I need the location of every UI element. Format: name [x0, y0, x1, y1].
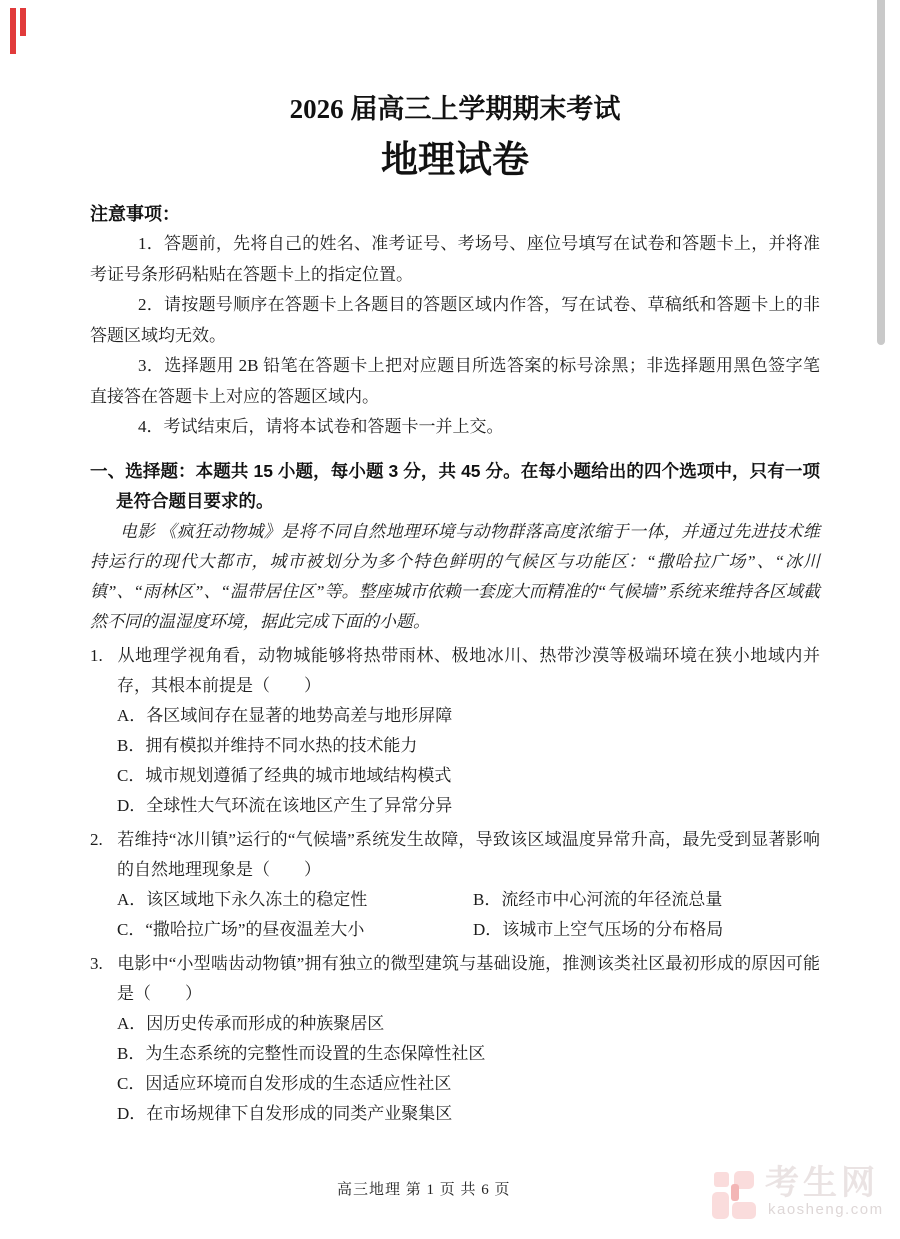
logo-block: [712, 1192, 729, 1219]
exam-paper-page: 2026 届高三上学期期末考试 地理试卷 注意事项： 1．答题前，先将自己的姓名…: [0, 0, 900, 1239]
question-number: 2.: [90, 825, 117, 855]
question-2: 2.若维持“冰川镇”运行的“气候墙”系统发生故障，导致该区域温度异常升高，最先受…: [90, 825, 820, 945]
section-heading: 一、选择题：本题共 15 小题，每小题 3 分，共 45 分。在每小题给出的四个…: [90, 456, 820, 517]
section-text: 本题共 15 小题，每小题 3 分，共 45 分。在每小题给出的四个选项中，只有…: [116, 461, 820, 512]
notice-item-4: 4．考试结束后，请将本试卷和答题卡一并上交。: [90, 412, 820, 443]
notice-item-3: 3．选择题用 2B 铅笔在答题卡上把对应题目所选答案的标号涂黑；非选择题用黑色签…: [90, 351, 820, 412]
option-d: D．该城市上空气压场的分布格局: [473, 915, 820, 945]
option-a: A．因历史传承而形成的种族聚居区: [117, 1009, 820, 1039]
logo-block: [732, 1202, 756, 1219]
notice-item-number: 3．: [138, 356, 164, 375]
question-3: 3.电影中“小型啮齿动物镇”拥有独立的微型建筑与基础设施，推测该类社区最初形成的…: [90, 949, 820, 1129]
question-stem-text: 若维持“冰川镇”运行的“气候墙”系统发生故障，导致该区域温度异常升高，最先受到显…: [117, 830, 820, 879]
option-b: B．拥有模拟并维持不同水热的技术能力: [117, 731, 820, 761]
notice-item-1: 1．答题前，先将自己的姓名、准考证号、考场号、座位号填写在试卷和答题卡上，并将准…: [90, 229, 820, 290]
option-c: C．因适应环境而自发形成的生态适应性社区: [117, 1069, 820, 1099]
question-stem: 2.若维持“冰川镇”运行的“气候墙”系统发生故障，导致该区域温度异常升高，最先受…: [90, 825, 820, 885]
question-stem-text: 电影中“小型啮齿动物镇”拥有独立的微型建筑与基础设施，推测该类社区最初形成的原因…: [117, 954, 820, 1003]
option-d: D．全球性大气环流在该地区产生了异常分异: [117, 791, 820, 821]
option-a: A．各区域间存在显著的地势高差与地形屏障: [117, 701, 820, 731]
option-c: C．“撒哈拉广场”的昼夜温差大小: [117, 915, 473, 945]
stimulus-passage: 电影 《疯狂动物城》是将不同自然地理环境与动物群落高度浓缩于一体，并通过先进技术…: [90, 517, 820, 637]
watermark-site-domain: kaosheng.com: [768, 1201, 884, 1218]
option-c: C．城市规划遵循了经典的城市地域结构模式: [117, 761, 820, 791]
options-list: A．因历史传承而形成的种族聚居区 B．为生态系统的完整性而设置的生态保障性社区 …: [117, 1009, 820, 1129]
subject-title: 地理试卷: [90, 139, 820, 183]
document-body: 2026 届高三上学期期末考试 地理试卷 注意事项： 1．答题前，先将自己的姓名…: [90, 0, 820, 1129]
notice-item-number: 2．: [138, 295, 164, 314]
notice-item-2: 2．请按题号顺序在答题卡上各题目的答题区域内作答，写在试卷、草稿纸和答题卡上的非…: [90, 290, 820, 351]
question-1: 1.从地理学视角看，动物城能够将热带雨林、极地冰川、热带沙漠等极端环境在狭小地域…: [90, 641, 820, 821]
question-stem: 1.从地理学视角看，动物城能够将热带雨林、极地冰川、热带沙漠等极端环境在狭小地域…: [90, 641, 820, 701]
notice-item-number: 4．: [138, 417, 164, 436]
question-stem: 3.电影中“小型啮齿动物镇”拥有独立的微型建筑与基础设施，推测该类社区最初形成的…: [90, 949, 820, 1009]
corner-red-mark: [10, 8, 16, 54]
exam-title: 2026 届高三上学期期末考试: [90, 92, 820, 126]
option-a: A．该区域地下永久冻土的稳定性: [117, 885, 473, 915]
option-b: B．流经市中心河流的年径流总量: [473, 885, 820, 915]
notice-item-text: 请按题号顺序在答题卡上各题目的答题区域内作答，写在试卷、草稿纸和答题卡上的非答题…: [90, 295, 820, 345]
scrollbar-thumb[interactable]: [877, 0, 885, 345]
option-b: B．为生态系统的完整性而设置的生态保障性社区: [117, 1039, 820, 1069]
corner-red-mark: [20, 8, 26, 36]
kaosheng-logo-icon: [712, 1170, 760, 1222]
notice-item-text: 选择题用 2B 铅笔在答题卡上把对应题目所选答案的标号涂黑；非选择题用黑色签字笔…: [90, 356, 820, 406]
watermark-site-name: 考生网: [765, 1166, 879, 1202]
notice-item-text: 答题前，先将自己的姓名、准考证号、考场号、座位号填写在试卷和答题卡上，并将准考证…: [90, 234, 820, 284]
options-list: A．各区域间存在显著的地势高差与地形屏障 B．拥有模拟并维持不同水热的技术能力 …: [117, 701, 820, 821]
notice-item-number: 1．: [138, 234, 164, 253]
notice-heading: 注意事项：: [90, 199, 820, 229]
notice-item-text: 考试结束后，请将本试卷和答题卡一并上交。: [164, 417, 504, 436]
question-number: 1.: [90, 641, 117, 671]
logo-block: [731, 1184, 739, 1201]
option-d: D．在市场规律下自发形成的同类产业聚集区: [117, 1099, 820, 1129]
question-stem-text: 从地理学视角看，动物城能够将热带雨林、极地冰川、热带沙漠等极端环境在狭小地域内并…: [117, 646, 820, 695]
page-footer: 高三地理 第 1 页 共 6 页: [337, 1178, 511, 1199]
options-list: A．该区域地下永久冻土的稳定性 B．流经市中心河流的年径流总量 C．“撒哈拉广场…: [117, 885, 820, 945]
section-prefix: 一、选择题：: [90, 461, 196, 481]
question-number: 3.: [90, 949, 117, 979]
logo-block: [714, 1172, 729, 1187]
